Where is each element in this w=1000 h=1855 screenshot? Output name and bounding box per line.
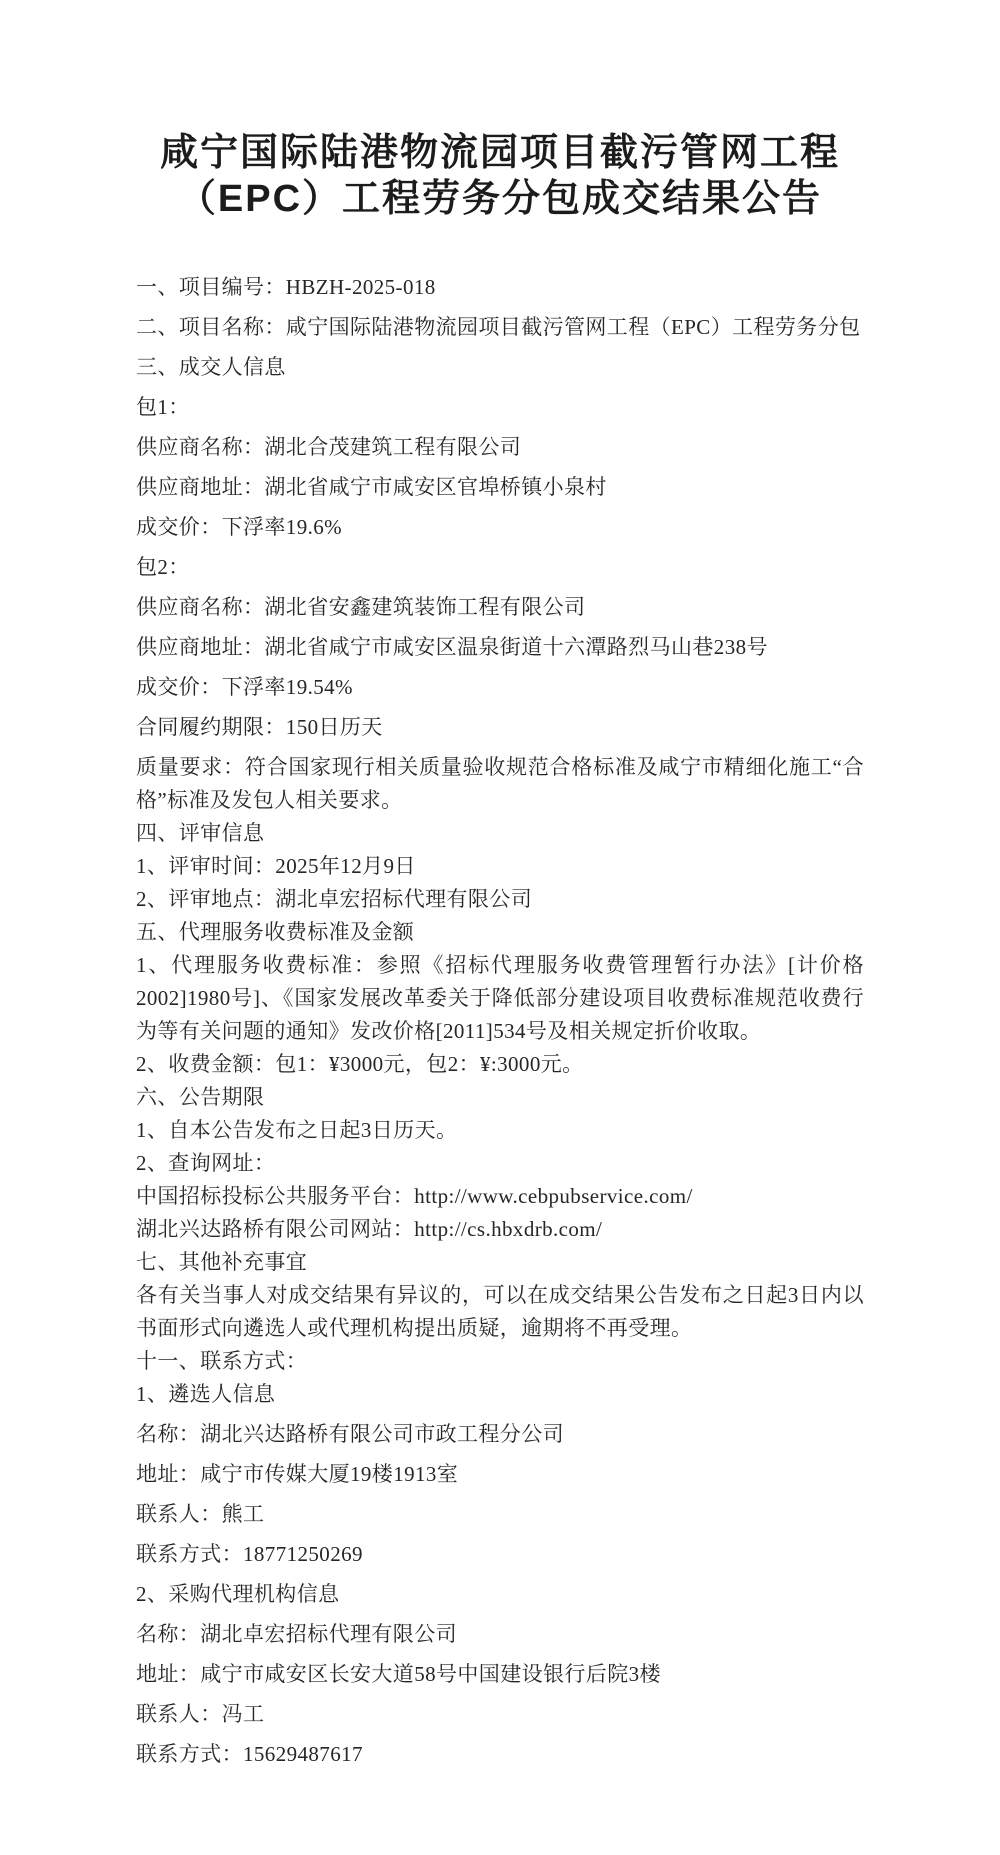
paragraph: 十一、联系方式： [136,1345,864,1378]
paragraph: 联系方式：15629487617 [136,1738,864,1771]
paragraph: 1、自本公告发布之日起3日历天。 [136,1114,864,1147]
paragraph: 一、项目编号：HBZH-2025-018 [136,271,864,304]
paragraph: 地址：咸宁市传媒大厦19楼1913室 [136,1458,864,1491]
paragraph: 2、评审地点：湖北卓宏招标代理有限公司 [136,883,864,916]
paragraph: 七、其他补充事宜 [136,1246,864,1279]
paragraph: 名称：湖北兴达路桥有限公司市政工程分公司 [136,1418,864,1451]
paragraph: 供应商地址：湖北省咸宁市咸安区温泉街道十六潭路烈马山巷238号 [136,631,864,664]
paragraph: 联系方式：18771250269 [136,1538,864,1571]
paragraph: 供应商名称：湖北省安鑫建筑装饰工程有限公司 [136,591,864,624]
paragraph: 湖北兴达路桥有限公司网站：http://cs.hbxdrb.com/ [136,1213,864,1246]
paragraph: 成交价：下浮率19.54% [136,671,864,704]
paragraph: 名称：湖北卓宏招标代理有限公司 [136,1618,864,1651]
paragraph: 1、遴选人信息 [136,1378,864,1411]
paragraph: 五、代理服务收费标准及金额 [136,916,864,949]
paragraph: 地址：咸宁市咸安区长安大道58号中国建设银行后院3楼 [136,1658,864,1691]
page-title: 咸宁国际陆港物流园项目截污管网工程 （EPC）工程劳务分包成交结果公告 [0,25,1000,222]
paragraph: 1、代理服务收费标准：参照《招标代理服务收费管理暂行办法》[计价格2002]19… [136,949,864,1048]
paragraph: 1、评审时间：2025年12月9日 [136,850,864,883]
paragraph: 四、评审信息 [136,817,864,850]
paragraph: 三、成交人信息 [136,351,864,384]
paragraph: 成交价：下浮率19.6% [136,511,864,544]
paragraph: 包1： [136,391,864,424]
paragraph: 六、公告期限 [136,1081,864,1114]
paragraph: 各有关当事人对成交结果有异议的，可以在成交结果公告发布之日起3日内以书面形式向遴… [136,1279,864,1345]
paragraph: 供应商名称：湖北合茂建筑工程有限公司 [136,431,864,464]
page-title-line-2: （EPC）工程劳务分包成交结果公告 [0,176,1000,222]
paragraph: 质量要求：符合国家现行相关质量验收规范合格标准及咸宁市精细化施工“合格”标准及发… [136,751,864,817]
paragraph: 2、采购代理机构信息 [136,1578,864,1611]
paragraph: 中国招标投标公共服务平台：http://www.cebpubservice.co… [136,1180,864,1213]
paragraph: 联系人：冯工 [136,1698,864,1731]
paragraph: 合同履约期限：150日历天 [136,711,864,744]
paragraph: 联系人：熊工 [136,1498,864,1531]
announcement-body: 一、项目编号：HBZH-2025-018二、项目名称：咸宁国际陆港物流园项目截污… [136,271,864,1771]
page-title-line-1: 咸宁国际陆港物流园项目截污管网工程 [0,130,1000,176]
paragraph: 供应商地址：湖北省咸宁市咸安区官埠桥镇小泉村 [136,471,864,504]
paragraph: 二、项目名称：咸宁国际陆港物流园项目截污管网工程（EPC）工程劳务分包 [136,311,864,344]
paragraph: 2、查询网址： [136,1147,864,1180]
announcement-page: 咸宁国际陆港物流园项目截污管网工程 （EPC）工程劳务分包成交结果公告 一、项目… [0,0,1000,1855]
paragraph: 2、收费金额：包1：¥3000元，包2：¥:3000元。 [136,1048,864,1081]
paragraph: 包2： [136,551,864,584]
